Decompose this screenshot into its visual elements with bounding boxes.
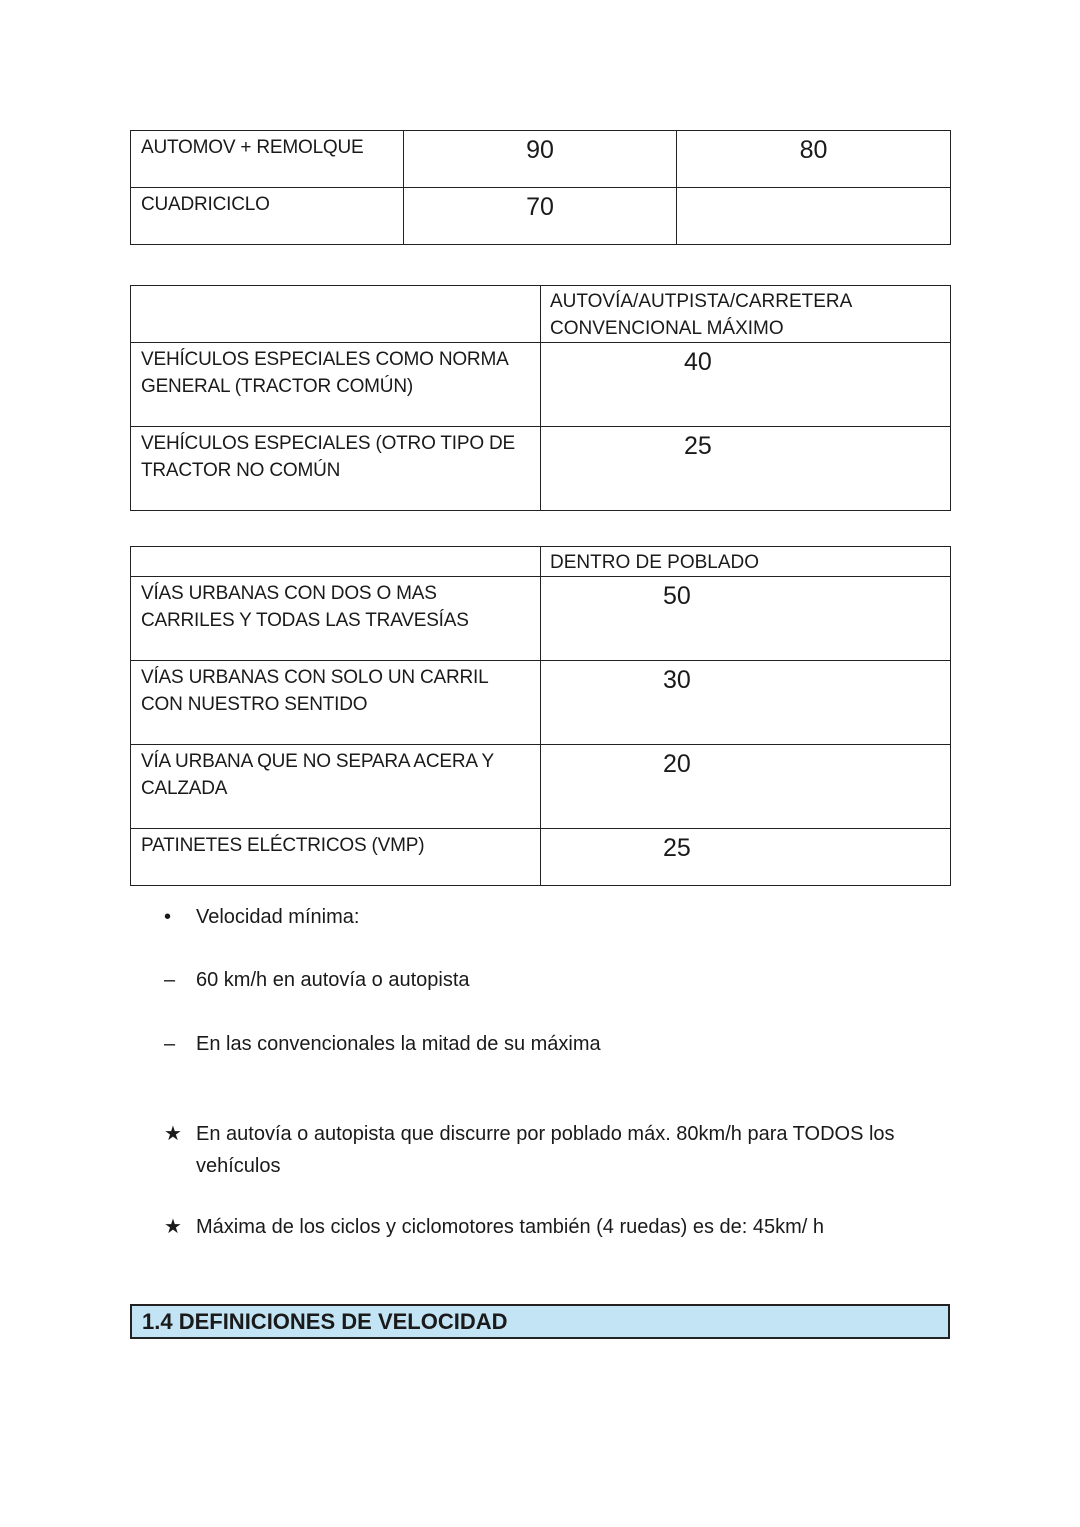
note-text: En autovía o autopista que discurre por … bbox=[196, 1118, 950, 1182]
speed-value: 80 bbox=[677, 131, 951, 188]
list-item: – 60 km/h en autovía o autopista bbox=[160, 964, 950, 996]
section-heading-text: 1.4 DEFINICIONES DE VELOCIDAD bbox=[132, 1309, 508, 1334]
speed-value: 40 bbox=[541, 343, 951, 427]
urban-speed-table: DENTRO DE POBLADO VÍAS URBANAS CON DOS O… bbox=[130, 546, 951, 886]
table-header-row: AUTOVÍA/AUTPISTA/CARRETERA CONVENCIONAL … bbox=[131, 286, 951, 343]
speed-value: 50 bbox=[541, 577, 951, 661]
speed-value: 70 bbox=[404, 188, 677, 245]
table-row: VÍA URBANA QUE NO SEPARA ACERA Y CALZADA… bbox=[131, 745, 951, 829]
section-heading: 1.4 DEFINICIONES DE VELOCIDAD bbox=[130, 1304, 950, 1339]
dash-icon: – bbox=[160, 1028, 196, 1060]
table-header-row: DENTRO DE POBLADO bbox=[131, 547, 951, 577]
header-cell: DENTRO DE POBLADO bbox=[541, 547, 951, 577]
table-row: VEHÍCULOS ESPECIALES (OTRO TIPO DE TRACT… bbox=[131, 427, 951, 511]
table-row: CUADRICICLO 70 bbox=[131, 188, 951, 245]
star-icon: ★ bbox=[160, 1211, 196, 1243]
table-row: VÍAS URBANAS CON DOS O MAS CARRILES Y TO… bbox=[131, 577, 951, 661]
row-label: VÍA URBANA QUE NO SEPARA ACERA Y CALZADA bbox=[131, 745, 541, 829]
table-row: VEHÍCULOS ESPECIALES COMO NORMA GENERAL … bbox=[131, 343, 951, 427]
row-label: PATINETES ELÉCTRICOS (VMP) bbox=[131, 829, 541, 886]
dash-icon: – bbox=[160, 964, 196, 996]
table-row: AUTOMOV + REMOLQUE 90 80 bbox=[131, 131, 951, 188]
note-text: Máxima de los ciclos y ciclomotores tamb… bbox=[196, 1211, 950, 1243]
header-cell bbox=[131, 286, 541, 343]
speed-value: 20 bbox=[541, 745, 951, 829]
row-label: CUADRICICLO bbox=[131, 188, 404, 245]
star-icon: ★ bbox=[160, 1118, 196, 1182]
note-text: 60 km/h en autovía o autopista bbox=[196, 964, 950, 996]
row-label: VÍAS URBANAS CON DOS O MAS CARRILES Y TO… bbox=[131, 577, 541, 661]
list-item: – En las convencionales la mitad de su m… bbox=[160, 1028, 950, 1060]
speed-value: 25 bbox=[541, 829, 951, 886]
vehicle-speed-table: AUTOMOV + REMOLQUE 90 80 CUADRICICLO 70 bbox=[130, 130, 951, 245]
table-row: PATINETES ELÉCTRICOS (VMP) 25 bbox=[131, 829, 951, 886]
speed-value bbox=[677, 188, 951, 245]
row-label: AUTOMOV + REMOLQUE bbox=[131, 131, 404, 188]
header-cell: AUTOVÍA/AUTPISTA/CARRETERA CONVENCIONAL … bbox=[541, 286, 951, 343]
header-cell bbox=[131, 547, 541, 577]
row-label: VÍAS URBANAS CON SOLO UN CARRIL CON NUES… bbox=[131, 661, 541, 745]
special-vehicles-table: AUTOVÍA/AUTPISTA/CARRETERA CONVENCIONAL … bbox=[130, 285, 951, 511]
list-item: • Velocidad mínima: bbox=[160, 901, 950, 933]
speed-value: 30 bbox=[541, 661, 951, 745]
table-row: VÍAS URBANAS CON SOLO UN CARRIL CON NUES… bbox=[131, 661, 951, 745]
speed-value: 25 bbox=[541, 427, 951, 511]
row-label: VEHÍCULOS ESPECIALES (OTRO TIPO DE TRACT… bbox=[131, 427, 541, 511]
speed-value: 90 bbox=[404, 131, 677, 188]
note-text: Velocidad mínima: bbox=[196, 901, 950, 933]
list-item: ★ Máxima de los ciclos y ciclomotores ta… bbox=[160, 1211, 950, 1243]
bullet-icon: • bbox=[160, 901, 196, 933]
list-item: ★ En autovía o autopista que discurre po… bbox=[160, 1118, 950, 1182]
note-text: En las convencionales la mitad de su máx… bbox=[196, 1028, 950, 1060]
row-label: VEHÍCULOS ESPECIALES COMO NORMA GENERAL … bbox=[131, 343, 541, 427]
